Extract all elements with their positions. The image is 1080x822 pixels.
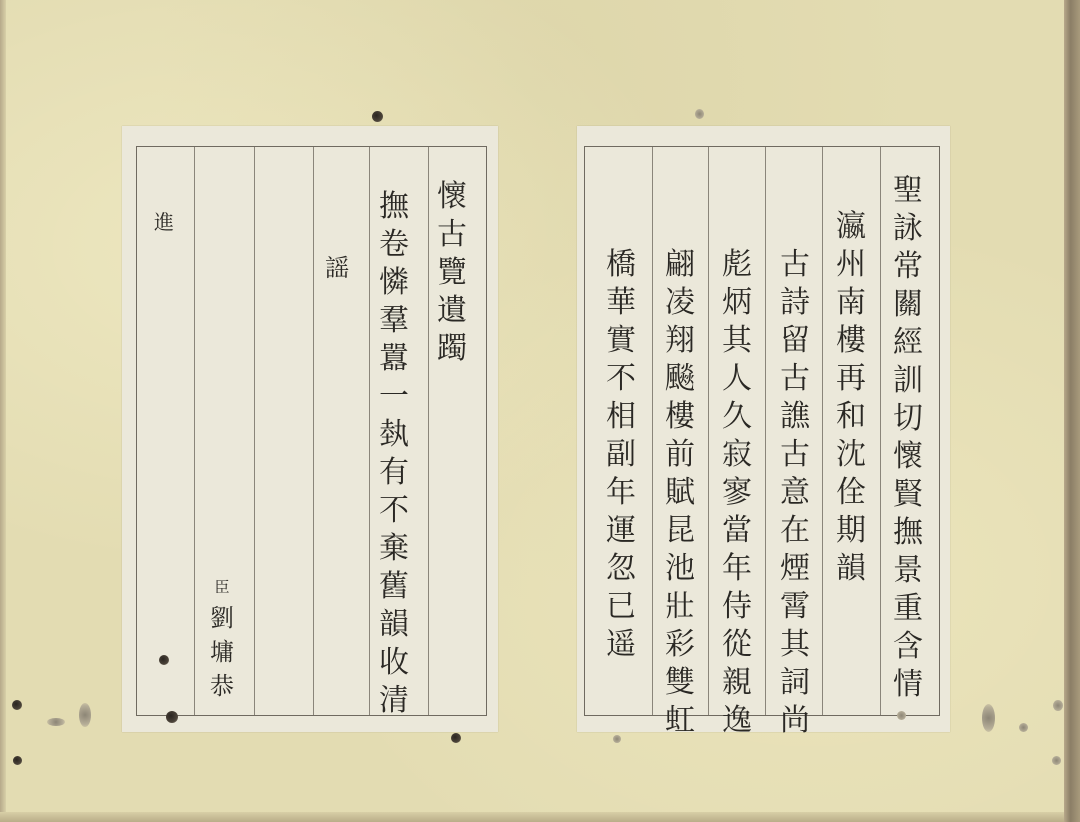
char: 凌 — [665, 288, 695, 326]
char: 從 — [722, 630, 752, 668]
char: 覽 — [437, 258, 467, 296]
char: 運 — [606, 516, 636, 554]
char: 墉 — [210, 640, 234, 674]
char: 炳 — [722, 288, 752, 326]
char: 進 — [154, 212, 174, 232]
char: 重 — [893, 594, 923, 632]
text-column-2: 瀛 州 南 樓 再 和 沈 佺 期 韻 — [829, 212, 873, 592]
char: 含 — [893, 632, 923, 670]
char: 收 — [379, 648, 409, 686]
worm-hole — [613, 735, 621, 743]
char: 詩 — [780, 288, 810, 326]
worm-hole — [79, 703, 91, 727]
char: 譙 — [780, 402, 810, 440]
char: 謡 — [325, 256, 349, 280]
text-column-6: 橋 華 實 不 相 副 年 運 忽 已 遥 — [599, 250, 643, 668]
mount-left-edge — [0, 0, 6, 822]
signature-column: 臣 劉 墉 恭 — [200, 580, 244, 708]
char: 霄 — [780, 592, 810, 630]
worm-hole — [982, 704, 995, 732]
char: 樓 — [836, 326, 866, 364]
char: 景 — [893, 556, 923, 594]
char: 期 — [836, 516, 866, 554]
char: 卷 — [379, 230, 409, 268]
char: 當 — [722, 516, 752, 554]
char: 華 — [606, 288, 636, 326]
char: 埶 — [379, 420, 409, 458]
char: 古 — [780, 440, 810, 478]
char: 副 — [606, 440, 636, 478]
char: 佺 — [836, 478, 866, 516]
char: 切 — [893, 404, 923, 442]
column-rule — [194, 147, 195, 715]
column-rule — [880, 147, 881, 715]
char: 清 — [379, 686, 409, 724]
char: 撫 — [379, 192, 409, 230]
worm-hole — [1052, 756, 1061, 765]
char: 已 — [606, 592, 636, 630]
char: 在 — [780, 516, 810, 554]
column-rule — [765, 147, 766, 715]
char: 撫 — [893, 518, 923, 556]
char: 韻 — [836, 554, 866, 592]
char: 不 — [606, 364, 636, 402]
char: 親 — [722, 668, 752, 706]
text-column-1: 懷 古 覽 遺 躅 — [430, 182, 474, 372]
column-rule — [822, 147, 823, 715]
char: 賢 — [893, 480, 923, 518]
char: 古 — [780, 250, 810, 288]
text-column-4: 彪 炳 其 人 久 寂 寥 當 年 侍 從 親 逸 — [715, 250, 759, 744]
char: 舊 — [379, 572, 409, 610]
worm-hole — [1053, 700, 1063, 711]
char: 恭 — [210, 674, 234, 708]
char: 和 — [836, 402, 866, 440]
worm-hole — [47, 718, 65, 726]
right-album-leaf: 聖 詠 常 關 經 訓 切 懷 賢 撫 景 重 含 情 瀛 州 南 樓 再 和 … — [577, 126, 950, 732]
char: 遺 — [437, 296, 467, 334]
char: 棄 — [379, 534, 409, 572]
column-rule — [369, 147, 370, 715]
char: 州 — [836, 250, 866, 288]
column-rule — [708, 147, 709, 715]
char: 彩 — [665, 630, 695, 668]
char: 尚 — [780, 706, 810, 744]
worm-hole — [159, 655, 169, 665]
char: 韻 — [379, 610, 409, 648]
char: 翩 — [665, 250, 695, 288]
char: 橋 — [606, 250, 636, 288]
char: 年 — [606, 478, 636, 516]
char: 關 — [893, 290, 923, 328]
text-column-3: 謡 — [315, 256, 359, 280]
char: 有 — [379, 458, 409, 496]
char: 忽 — [606, 554, 636, 592]
char: 古 — [780, 364, 810, 402]
char: 古 — [437, 220, 467, 258]
char: 人 — [722, 364, 752, 402]
mount-right-edge — [1064, 0, 1080, 822]
left-album-leaf: 懷 古 覽 遺 躅 撫 卷 憐 羣 囂 一 埶 有 不 棄 舊 韻 收 清 謡 … — [122, 126, 498, 732]
char: 躅 — [437, 334, 467, 372]
column-rule — [652, 147, 653, 715]
char: 訓 — [893, 366, 923, 404]
column-rule — [254, 147, 255, 715]
char: 寥 — [722, 478, 752, 516]
char: 虹 — [665, 706, 695, 744]
text-column-5: 翩 凌 翔 飈 樓 前 賦 昆 池 壯 彩 雙 虹 — [658, 250, 702, 744]
char: 其 — [780, 630, 810, 668]
char: 瀛 — [836, 212, 866, 250]
column-rule — [428, 147, 429, 715]
char: 昆 — [665, 516, 695, 554]
char: 壯 — [665, 592, 695, 630]
char: 寂 — [722, 440, 752, 478]
char: 翔 — [665, 326, 695, 364]
char: 詞 — [780, 668, 810, 706]
worm-hole — [695, 109, 704, 119]
char: 遥 — [606, 630, 636, 668]
mount-bottom-edge — [0, 812, 1064, 822]
worm-hole — [1019, 723, 1028, 732]
char: 留 — [780, 326, 810, 364]
char: 相 — [606, 402, 636, 440]
char: 賦 — [665, 478, 695, 516]
char: 經 — [893, 328, 923, 366]
char: 其 — [722, 326, 752, 364]
char: 懷 — [893, 442, 923, 480]
char: 意 — [780, 478, 810, 516]
char: 樓 — [665, 402, 695, 440]
char: 久 — [722, 402, 752, 440]
worm-hole — [451, 733, 461, 743]
worm-hole — [372, 111, 383, 122]
text-column-2: 撫 卷 憐 羣 囂 一 埶 有 不 棄 舊 韻 收 清 — [372, 192, 416, 724]
char: 再 — [836, 364, 866, 402]
worm-hole — [13, 756, 22, 765]
char: 飈 — [665, 364, 695, 402]
char: 羣 — [379, 306, 409, 344]
char: 聖 — [893, 176, 923, 214]
char: 池 — [665, 554, 695, 592]
char: 不 — [379, 496, 409, 534]
worm-hole — [166, 711, 178, 723]
char: 年 — [722, 554, 752, 592]
worm-hole — [12, 700, 22, 710]
char: 常 — [893, 252, 923, 290]
char: 實 — [606, 326, 636, 364]
char: 沈 — [836, 440, 866, 478]
char: 劉 — [210, 606, 234, 640]
char: 南 — [836, 288, 866, 326]
char: 侍 — [722, 592, 752, 630]
char: 情 — [893, 670, 923, 708]
char-small-chen: 臣 — [214, 580, 229, 606]
text-column-1: 聖 詠 常 關 經 訓 切 懷 賢 撫 景 重 含 情 — [886, 176, 930, 708]
char: 憐 — [379, 268, 409, 306]
char: 雙 — [665, 668, 695, 706]
char: 懷 — [437, 182, 467, 220]
text-column-3: 古 詩 留 古 譙 古 意 在 煙 霄 其 詞 尚 — [773, 250, 817, 744]
worm-hole — [897, 711, 906, 720]
char: 彪 — [722, 250, 752, 288]
column-rule — [313, 147, 314, 715]
presented-column: 進 — [142, 212, 186, 232]
char: 囂 — [379, 344, 409, 382]
char: 一 — [379, 382, 409, 420]
char: 逸 — [722, 706, 752, 744]
char: 詠 — [893, 214, 923, 252]
char: 前 — [665, 440, 695, 478]
char: 煙 — [780, 554, 810, 592]
